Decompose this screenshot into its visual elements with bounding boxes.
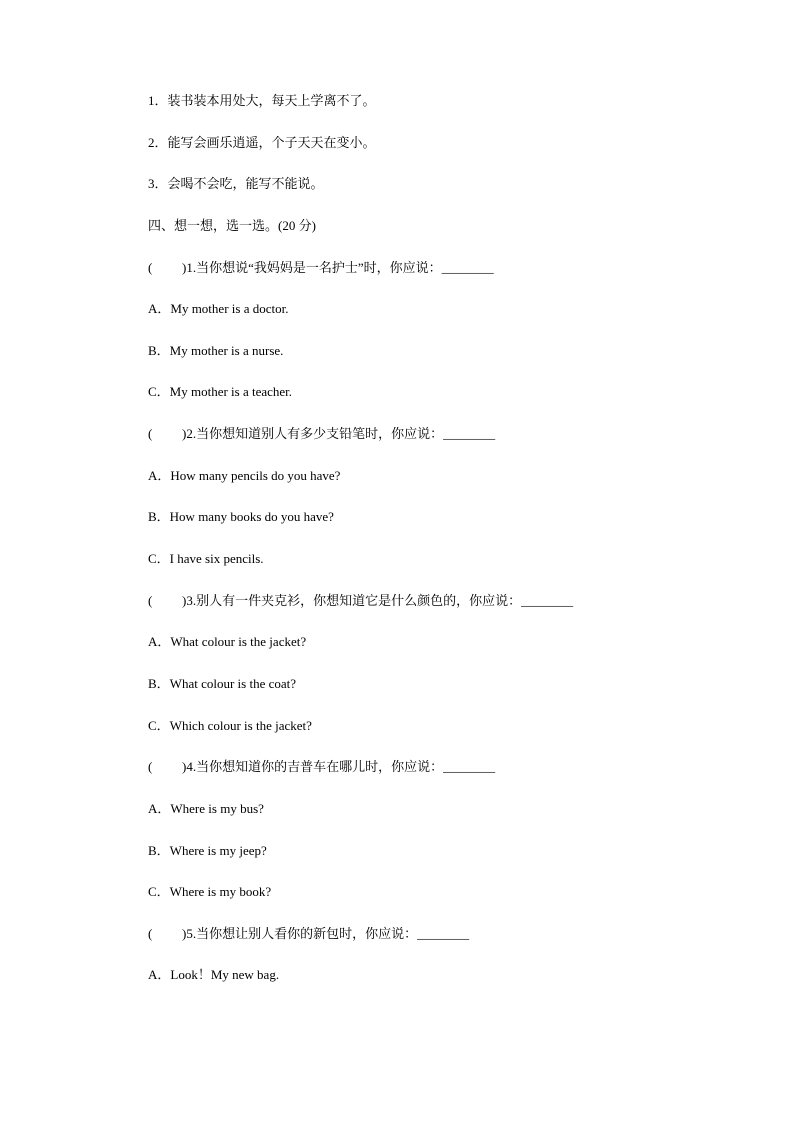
option-text: My mother is a nurse.: [170, 343, 284, 358]
question-prompt: ()2.当你想知道别人有多少支铅笔时，你应说：________: [148, 424, 708, 466]
answer-blank: ________: [521, 593, 573, 608]
option-text: How many pencils do you have?: [170, 468, 340, 483]
answer-bracket[interactable]: (: [148, 757, 182, 777]
option-item: A．Where is my bus?: [148, 799, 708, 841]
section-title: 四、想一想，选一选。(20 分): [148, 216, 708, 258]
question-prompt: ()1.当你想说“我妈妈是一名护士”时，你应说：________: [148, 258, 708, 300]
question-prompt: ()4.当你想知道你的吉普车在哪儿时，你应说：________: [148, 757, 708, 799]
document-page: 1．装书装本用处大，每天上学离不了。 2．能写会画乐逍遥，个子天天在变小。 3．…: [148, 91, 708, 1007]
answer-bracket[interactable]: (: [148, 424, 182, 444]
question-prompt: ()5.当你想让别人看你的新包时，你应说：________: [148, 924, 708, 966]
option-text: Where is my jeep?: [170, 843, 267, 858]
option-text: What colour is the jacket?: [170, 634, 306, 649]
option-label: B．: [148, 343, 170, 358]
option-label: A．: [148, 301, 170, 316]
option-label: A．: [148, 468, 170, 483]
riddle-number: 3．: [148, 176, 168, 191]
option-text: What colour is the coat?: [170, 676, 296, 691]
option-text: My mother is a doctor.: [170, 301, 288, 316]
option-label: A．: [148, 967, 170, 982]
question-text: 1.当你想说“我妈妈是一名护士”时，你应说：: [186, 260, 441, 275]
option-label: A．: [148, 801, 170, 816]
option-label: C．: [148, 551, 170, 566]
answer-bracket[interactable]: (: [148, 924, 182, 944]
option-item: B．My mother is a nurse.: [148, 341, 708, 383]
answer-blank: ________: [417, 926, 469, 941]
option-label: B．: [148, 509, 170, 524]
option-text: My mother is a teacher.: [170, 384, 292, 399]
riddle-text: 能写会画乐逍遥，个子天天在变小。: [168, 135, 376, 150]
answer-bracket[interactable]: (: [148, 258, 182, 278]
riddle-number: 1．: [148, 93, 168, 108]
option-label: B．: [148, 676, 170, 691]
option-item: B．Where is my jeep?: [148, 841, 708, 883]
riddle-item: 1．装书装本用处大，每天上学离不了。: [148, 91, 708, 133]
option-item: A．How many pencils do you have?: [148, 466, 708, 508]
question-text: 2.当你想知道别人有多少支铅笔时，你应说：: [186, 426, 443, 441]
option-text: Look！My new bag.: [170, 967, 279, 982]
option-text: Where is my bus?: [170, 801, 264, 816]
question-text: 3.别人有一件夹克衫，你想知道它是什么颜色的，你应说：: [186, 593, 521, 608]
answer-blank: ________: [443, 759, 495, 774]
answer-bracket[interactable]: (: [148, 591, 182, 611]
option-text: Where is my book?: [170, 884, 271, 899]
riddle-item: 2．能写会画乐逍遥，个子天天在变小。: [148, 133, 708, 175]
question-text: 5.当你想让别人看你的新包时，你应说：: [186, 926, 417, 941]
option-item: C．I have six pencils.: [148, 549, 708, 591]
option-item: A．What colour is the jacket?: [148, 632, 708, 674]
option-item: C．Where is my book?: [148, 882, 708, 924]
option-item: B．What colour is the coat?: [148, 674, 708, 716]
option-text: Which colour is the jacket?: [170, 718, 312, 733]
answer-blank: ________: [443, 426, 495, 441]
question-prompt: ()3.别人有一件夹克衫，你想知道它是什么颜色的，你应说：________: [148, 591, 708, 633]
option-label: C．: [148, 884, 170, 899]
riddle-text: 会喝不会吃，能写不能说。: [168, 176, 324, 191]
option-label: C．: [148, 384, 170, 399]
question-text: 4.当你想知道你的吉普车在哪儿时，你应说：: [186, 759, 443, 774]
option-item: C．My mother is a teacher.: [148, 382, 708, 424]
option-item: B．How many books do you have?: [148, 507, 708, 549]
option-label: C．: [148, 718, 170, 733]
answer-blank: ________: [442, 260, 494, 275]
option-item: A．Look！My new bag.: [148, 965, 708, 1007]
riddle-text: 装书装本用处大，每天上学离不了。: [168, 93, 376, 108]
riddle-number: 2．: [148, 135, 168, 150]
option-text: How many books do you have?: [170, 509, 334, 524]
option-text: I have six pencils.: [170, 551, 264, 566]
option-label: A．: [148, 634, 170, 649]
option-label: B．: [148, 843, 170, 858]
riddle-item: 3．会喝不会吃，能写不能说。: [148, 174, 708, 216]
option-item: C．Which colour is the jacket?: [148, 716, 708, 758]
option-item: A．My mother is a doctor.: [148, 299, 708, 341]
